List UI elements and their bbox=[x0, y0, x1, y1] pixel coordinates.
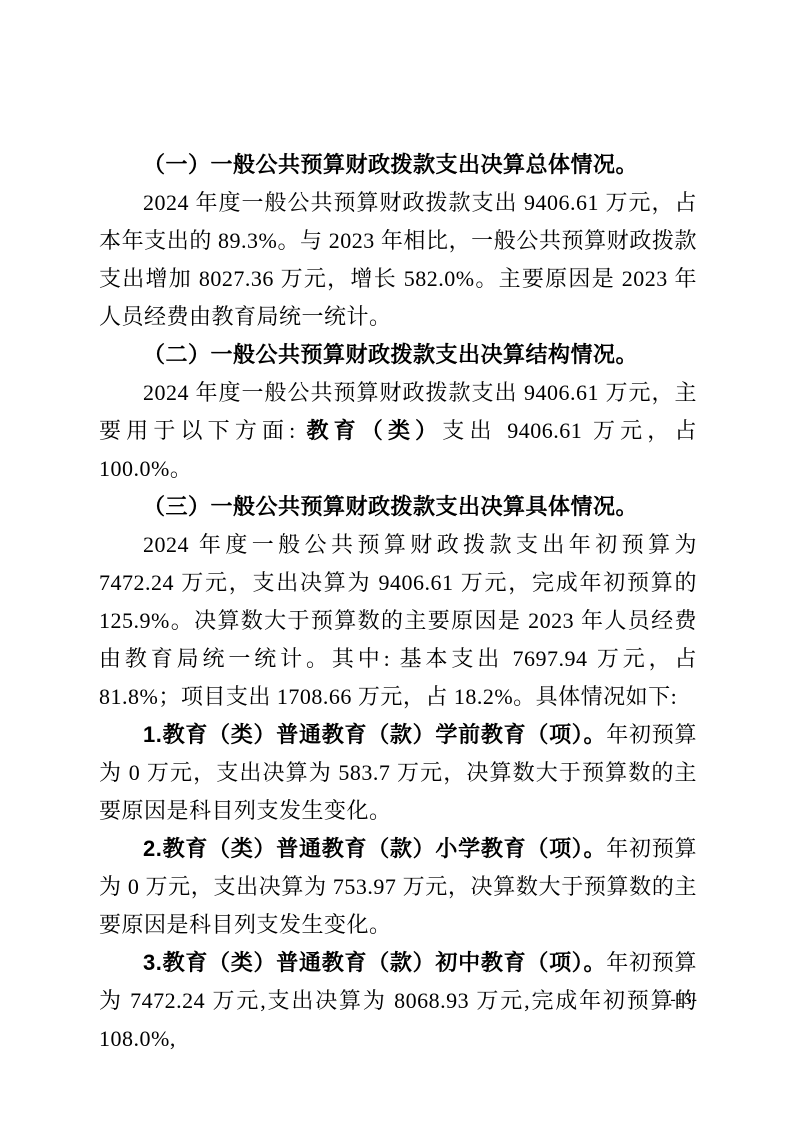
section-heading: （二）一般公共预算财政拨款支出决算结构情况。 bbox=[99, 336, 697, 374]
document-page: （一）一般公共预算财政拨款支出决算总体情况。2024 年度一般公共预算财政拨款支… bbox=[0, 0, 793, 1122]
page-footer: -13- bbox=[99, 987, 697, 1013]
bold-text-run: （三）一般公共预算财政拨款支出决算具体情况。 bbox=[143, 494, 638, 519]
body-paragraph: 2024 年度一般公共预算财政拨款支出 9406.61 万元，主要用于以下方面:… bbox=[99, 374, 697, 488]
bold-text-run: 2.教育（类）普通教育（款）小学教育（项）。 bbox=[143, 836, 606, 861]
bold-text-run: 3.教育（类）普通教育（款）初中教育（项）。 bbox=[143, 950, 606, 975]
page-number: -13- bbox=[670, 991, 697, 1008]
bold-text-run: （一）一般公共预算财政拨款支出决算总体情况。 bbox=[143, 152, 638, 177]
section-heading: （三）一般公共预算财政拨款支出决算具体情况。 bbox=[99, 488, 697, 526]
body-paragraph: 2.教育（类）普通教育（款）小学教育（项）。年初预算为 0 万元，支出决算为 7… bbox=[99, 830, 697, 944]
text-run: 2024 年度一般公共预算财政拨款支出年初预算为 7472.24 万元，支出决算… bbox=[99, 532, 697, 709]
body-paragraph: 2024 年度一般公共预算财政拨款支出年初预算为 7472.24 万元，支出决算… bbox=[99, 526, 697, 716]
body-paragraph: 2024 年度一般公共预算财政拨款支出 9406.61 万元，占本年支出的 89… bbox=[99, 184, 697, 336]
section-heading: （一）一般公共预算财政拨款支出决算总体情况。 bbox=[99, 146, 697, 184]
text-run: 2024 年度一般公共预算财政拨款支出 9406.61 万元，占本年支出的 89… bbox=[99, 190, 697, 329]
bold-text-run: （二）一般公共预算财政拨款支出决算结构情况。 bbox=[143, 342, 638, 367]
document-body: （一）一般公共预算财政拨款支出决算总体情况。2024 年度一般公共预算财政拨款支… bbox=[99, 146, 697, 1058]
bold-text-run: 教育（类） bbox=[306, 418, 442, 443]
bold-text-run: 1.教育（类）普通教育（款）学前教育（项）。 bbox=[143, 722, 606, 747]
body-paragraph: 1.教育（类）普通教育（款）学前教育（项）。年初预算为 0 万元，支出决算为 5… bbox=[99, 716, 697, 830]
